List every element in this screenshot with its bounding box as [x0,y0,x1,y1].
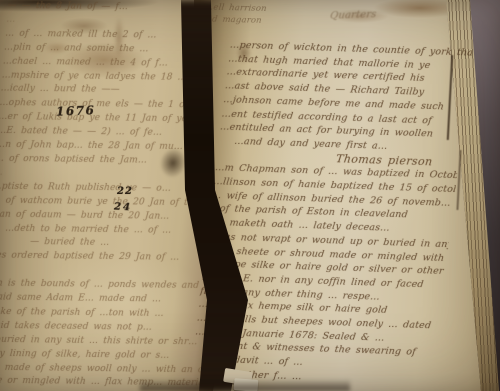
year-annotation: 1676 [56,103,96,118]
day-annotation: 22 [117,186,133,197]
manuscript-line: … [0,264,216,281]
photo-open-manuscript-book: — — the 8 Jan of — f… … … of … marked il… [0,0,500,391]
bottom-edge-shadow [140,379,350,391]
right-page-heading-word: Quarters [329,9,377,22]
day-annotation: 24 [114,202,132,214]
right-page-name-list: …ell harrison …d magaron [203,1,326,28]
